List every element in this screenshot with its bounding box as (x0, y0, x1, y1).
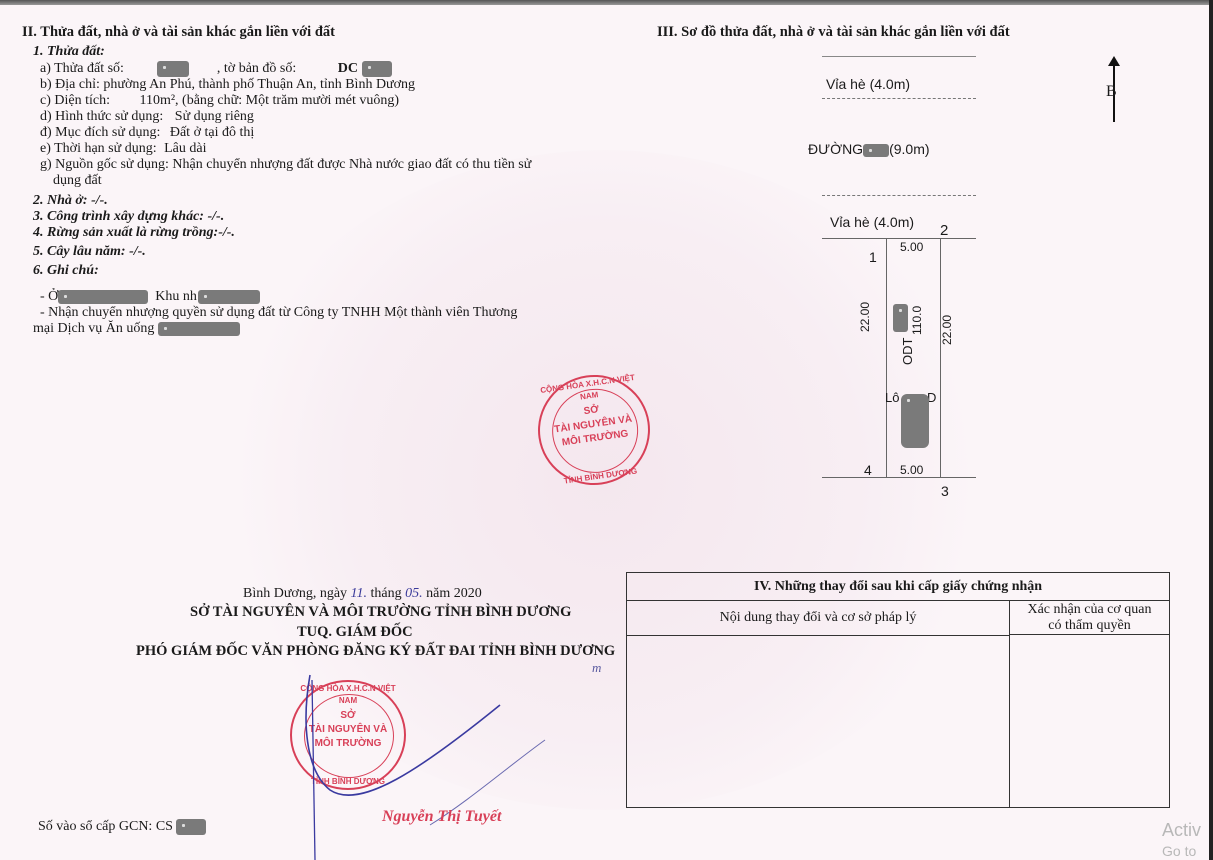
point-2: 2 (940, 222, 948, 239)
left-length: 22.00 (858, 302, 872, 332)
land-area-label: c) Diện tích: (40, 93, 110, 108)
road-label: ĐƯỜNG(9.0m) (808, 141, 930, 157)
road-prefix: ĐƯỜNG (808, 141, 863, 157)
redacted-lot-number (901, 394, 929, 448)
notes-heading: 6. Ghi chú: (33, 263, 99, 279)
date-prefix: Bình Dương, ngày (243, 586, 347, 601)
confirmation-column-header: Xác nhận của cơ quan có thẩm quyền (1009, 601, 1169, 635)
redacted-note-2 (198, 290, 260, 304)
bottom-width: 5.00 (900, 463, 923, 477)
note-line3-text: mại Dịch vụ Ăn uống (33, 321, 154, 336)
redacted-note-1 (58, 290, 148, 304)
note-line3: mại Dịch vụ Ăn uống (33, 321, 240, 337)
north-arrow-icon (1108, 56, 1120, 66)
plot-right-edge (940, 238, 941, 478)
sidewalk-top-boundary (822, 98, 976, 99)
registry-label: Số vào sổ cấp GCN: CS (38, 819, 173, 834)
point-4: 4 (864, 462, 872, 478)
usage-origin-line1: g) Nguồn gốc sử dụng: Nhận chuyển nhượng… (40, 157, 531, 173)
note-line1: - Ở Khu nh (40, 289, 260, 305)
changes-column-header: Nội dung thay đổi và cơ sở pháp lý (627, 601, 1009, 636)
usage-term-row: e) Thời hạn sử dụng: Lâu dài (40, 141, 206, 157)
section4-title: IV. Những thay đổi sau khi cấp giấy chứn… (627, 573, 1169, 601)
note-line1-mid: Khu nh (155, 289, 197, 304)
top-width: 5.00 (900, 240, 923, 254)
perennial-trees-row: 5. Cây lâu năm: -/-. (33, 244, 146, 260)
changes-table: IV. Những thay đổi sau khi cấp giấy chứn… (626, 572, 1170, 808)
other-construction-row: 3. Công trình xây dựng khác: -/-. (33, 209, 224, 225)
sidewalk-bottom-label: Vỉa hè (4.0m) (830, 214, 914, 230)
road-width: (9.0m) (889, 141, 929, 157)
road-edge-line-top (822, 56, 976, 57)
point-3: 3 (941, 483, 949, 499)
issue-date: Bình Dương, ngày 11. tháng 05. năm 2020 (243, 586, 482, 602)
on-behalf-of: TUQ. GIÁM ĐỐC (297, 624, 413, 641)
usage-term-label: e) Thời hạn sử dụng: (40, 141, 157, 156)
scan-top-edge (0, 0, 1213, 5)
plot-left-edge (886, 238, 887, 478)
sidewalk-top-label: Vỉa hè (4.0m) (826, 76, 910, 92)
land-heading: 1. Thửa đất: (33, 44, 105, 60)
land-area-value: 110m², (bằng chữ: Một trăm mười mét vuôn… (139, 93, 399, 108)
redacted-map-sheet (362, 61, 392, 77)
plot-area: 110.0 (910, 306, 924, 335)
date-month: 05. (405, 586, 423, 601)
plot-front-line (822, 238, 976, 239)
sidewalk-bottom-boundary (822, 195, 976, 196)
plot-back-line (822, 477, 976, 478)
windows-activation-line2: Go to (1162, 843, 1196, 859)
plot-number-label: a) Thửa đất số: (40, 61, 124, 76)
usage-purpose-label: đ) Mục đích sử dụng: (40, 125, 160, 140)
windows-activation-line1: Activ (1162, 820, 1201, 841)
house-row: 2. Nhà ở: -/-. (33, 193, 108, 209)
right-length: 22.00 (940, 315, 954, 345)
signer-name: Nguyễn Thị Tuyết (382, 808, 501, 826)
redacted-registry-number (176, 819, 206, 835)
map-sheet-prefix: DC (338, 61, 358, 76)
signer-position: PHÓ GIÁM ĐỐC VĂN PHÒNG ĐĂNG KÝ ĐẤT ĐAI T… (136, 643, 615, 660)
registry-number-row: Số vào sổ cấp GCN: CS (38, 819, 206, 835)
handwritten-signature (300, 660, 550, 860)
usage-purpose-value: Đất ở tại đô thị (170, 125, 254, 140)
redacted-note-3 (158, 322, 240, 336)
map-sheet-label: , tờ bản đồ số: (217, 61, 296, 76)
section2-title: II. Thửa đất, nhà ở và tài sản khác gắn … (22, 24, 335, 41)
production-forest-row: 4. Rừng sản xuất là rừng trồng:-/-. (33, 225, 235, 241)
land-plot-number-row: a) Thửa đất số: , tờ bản đồ số: DC (40, 61, 392, 77)
date-year: năm 2020 (426, 586, 482, 601)
land-address: b) Địa chỉ: phường An Phú, thành phố Thu… (40, 77, 415, 93)
date-month-label: tháng (371, 586, 402, 601)
redacted-plot-number (157, 61, 189, 77)
confirmation-header-line1: Xác nhận của cơ quan (1010, 602, 1169, 618)
section3-title: III. Sơ đồ thửa đất, nhà ở và tài sản kh… (657, 24, 1010, 41)
note-line1-prefix: - Ở (40, 289, 58, 304)
scan-right-edge (1209, 0, 1213, 860)
usage-origin-line2: dụng đất (53, 173, 102, 189)
usage-term-value: Lâu dài (164, 141, 206, 156)
north-label: B (1106, 83, 1117, 101)
official-stamp-1: CỘNG HÒA X.H.C.N VIỆT NAM SỞ TÀI NGUYÊN … (531, 368, 657, 493)
confirmation-header-line2: có thẩm quyền (1010, 618, 1169, 634)
land-area-row: c) Diện tích: 110m², (bằng chữ: Một trăm… (40, 93, 399, 109)
redacted-plot-id (893, 304, 908, 332)
reviewer-initials: m (592, 660, 601, 676)
lot-label-start: Lô (885, 390, 899, 405)
usage-purpose-row: đ) Mục đích sử dụng: Đất ở tại đô thị (40, 125, 254, 141)
note-line2: - Nhận chuyển nhượng quyền sử dụng đất t… (40, 305, 517, 321)
point-1: 1 (869, 249, 877, 265)
usage-form-label: d) Hình thức sử dụng: (40, 109, 163, 124)
date-day: 11. (351, 586, 367, 601)
usage-form-row: d) Hình thức sử dụng: Sử dụng riêng (40, 109, 254, 125)
redacted-road-name (863, 144, 889, 157)
issuing-department: SỞ TÀI NGUYÊN VÀ MÔI TRƯỜNG TỈNH BÌNH DƯ… (190, 604, 571, 621)
usage-form-value: Sử dụng riêng (175, 109, 254, 124)
column-divider (1009, 635, 1010, 807)
land-use-code: ODT (900, 338, 915, 365)
